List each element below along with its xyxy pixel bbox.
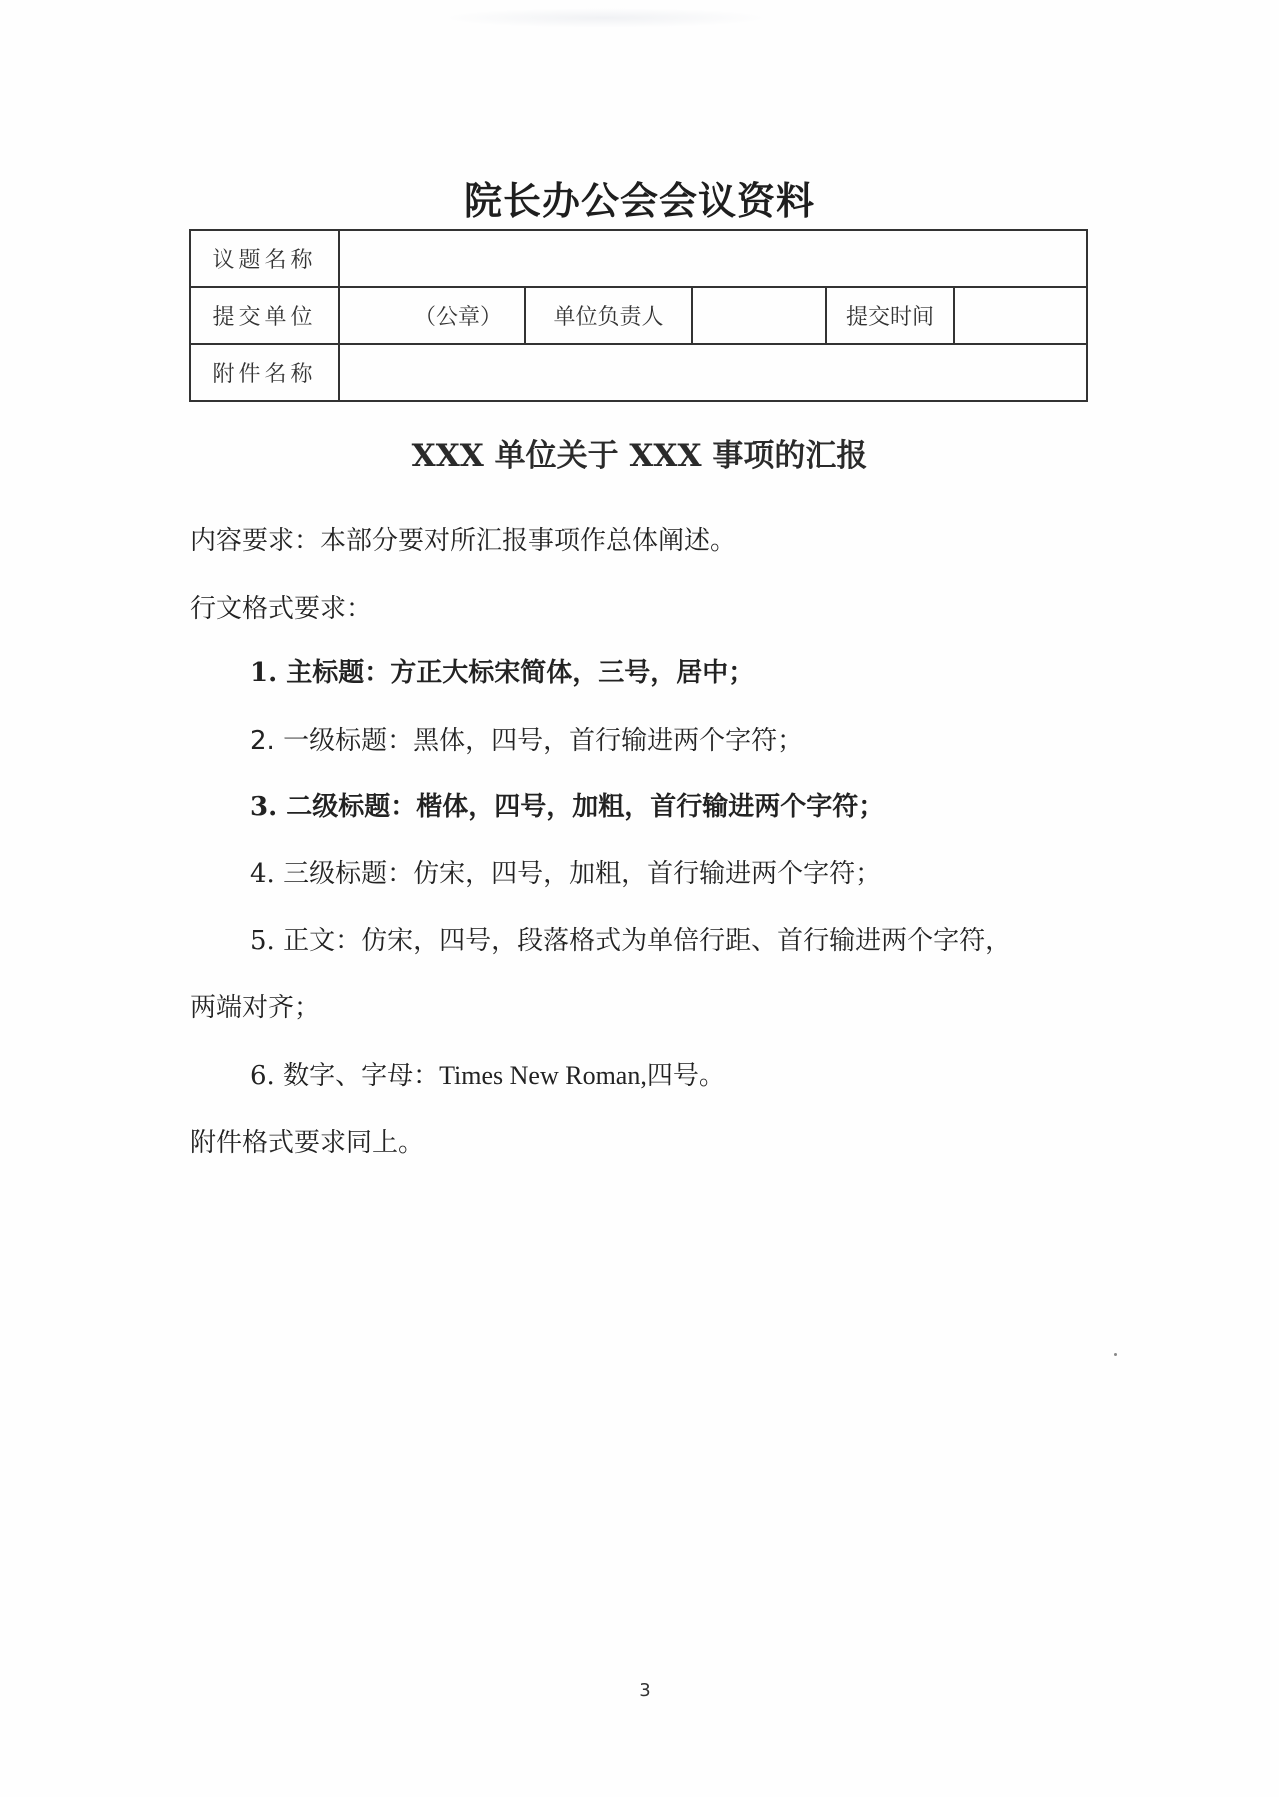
- scan-speck: [1114, 1353, 1117, 1356]
- format-item-3: 3. 二级标题：楷体，四号，加粗，首行输进两个字符；: [250, 786, 884, 823]
- official-seal-field[interactable]: （公章）: [339, 287, 525, 344]
- table-row-topic: 议题名称: [190, 230, 1087, 287]
- attachment-name-field[interactable]: [339, 344, 1087, 401]
- table-row-attachment: 附件名称: [190, 344, 1087, 401]
- format-item-1: 1. 主标题：方正大标宋简体，三号，居中；: [250, 652, 754, 689]
- format-item-6-prefix: 6. 数字、字母：: [250, 1061, 439, 1091]
- unit-head-field[interactable]: [692, 287, 826, 344]
- unit-head-label: 单位负责人: [525, 287, 692, 344]
- document-page: 院长办公会会议资料 议题名称 提交单位 （公章） 单位负责人 提交时间 附件名称…: [0, 0, 1279, 1797]
- format-item-2: 2. 一级标题：黑体，四号，首行输进两个字符；: [250, 720, 803, 757]
- attachment-note-text: 附件格式要求同上。: [190, 1128, 424, 1158]
- attachment-name-label: 附件名称: [190, 344, 339, 401]
- format-item-4: 4. 三级标题：仿宋，四号，加粗，首行输进两个字符；: [250, 853, 881, 890]
- format-requirements-label: 行文格式要求：: [190, 588, 372, 625]
- submit-time-label: 提交时间: [826, 287, 954, 344]
- format-item-5: 5. 正文：仿宋，四号，段落格式为单倍行距、首行输进两个字符，: [250, 920, 1011, 957]
- content-requirement: 内容要求：本部分要对所汇报事项作总体阐述。: [190, 520, 736, 557]
- table-row-unit: 提交单位 （公章） 单位负责人 提交时间: [190, 287, 1087, 344]
- format-item-6-latin: Times New Roman,: [439, 1061, 647, 1090]
- page-number: 3: [0, 1680, 1279, 1701]
- page-title: 院长办公会会议资料: [0, 170, 1279, 225]
- report-heading: XXX 单位关于 XXX 事项的汇报: [0, 430, 1279, 475]
- content-requirement-text: 本部分要对所汇报事项作总体阐述。: [320, 526, 736, 556]
- topic-name-label: 议题名称: [190, 230, 339, 287]
- submitting-unit-label: 提交单位: [190, 287, 339, 344]
- format-requirements-lead: 行文格式要求：: [190, 594, 372, 624]
- format-item-6: 6. 数字、字母：Times New Roman,四号。: [250, 1055, 725, 1092]
- scan-artifact: [440, 8, 770, 28]
- meeting-info-table: 议题名称 提交单位 （公章） 单位负责人 提交时间 附件名称: [189, 229, 1088, 402]
- content-requirement-lead: 内容要求：: [190, 526, 320, 556]
- format-item-6-suffix: 四号。: [647, 1061, 725, 1091]
- topic-name-field[interactable]: [339, 230, 1087, 287]
- attachment-note: 附件格式要求同上。: [190, 1122, 424, 1159]
- submit-time-field[interactable]: [954, 287, 1087, 344]
- format-item-5-continuation: 两端对齐；: [190, 987, 320, 1024]
